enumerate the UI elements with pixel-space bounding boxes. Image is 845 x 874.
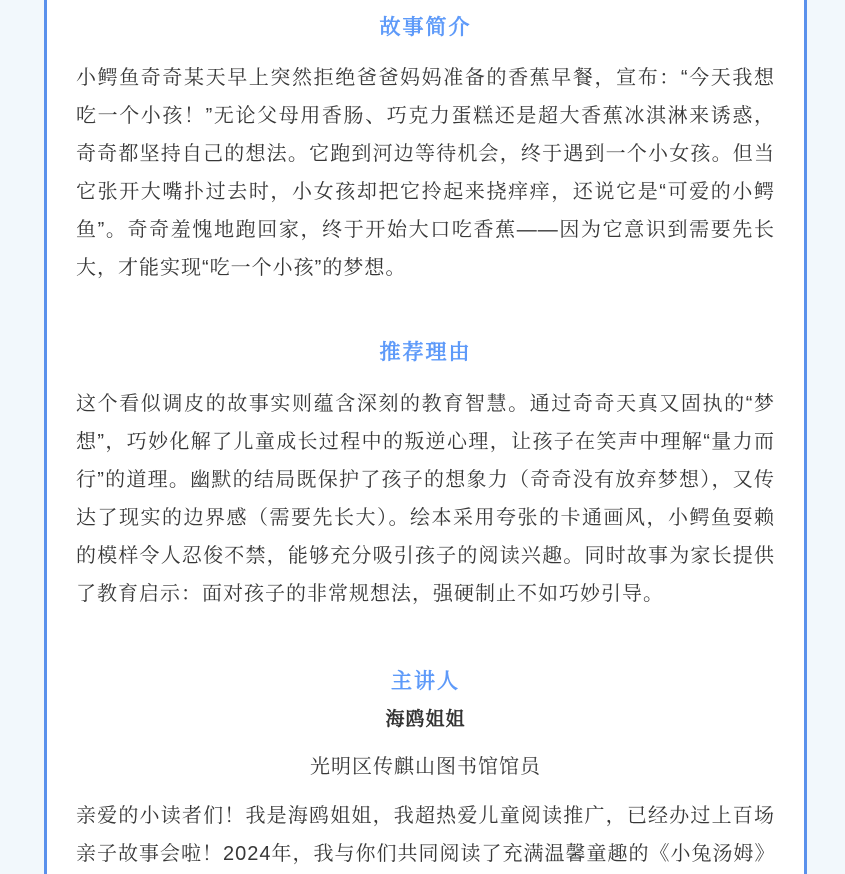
recommendation-paragraph: 这个看似调皮的故事实则蕴含深刻的教育智慧。通过奇奇天真又固执的“梦想”，巧妙化解… [76, 385, 775, 613]
story-intro-paragraph: 小鳄鱼奇奇某天早上突然拒绝爸爸妈妈准备的香蕉早餐，宣布：“今天我想吃一个小孩！”… [76, 59, 775, 287]
speaker-heading: 主讲人 [76, 668, 775, 695]
story-intro-heading: 故事简介 [76, 14, 775, 41]
speaker-title: 光明区传麒山图书馆馆员 [76, 753, 775, 781]
article-card: 故事简介 小鳄鱼奇奇某天早上突然拒绝爸爸妈妈准备的香蕉早餐，宣布：“今天我想吃一… [44, 0, 807, 874]
speaker-name: 海鸥姐姐 [76, 707, 775, 733]
speaker-intro-paragraph: 亲爱的小读者们！我是海鸥姐姐，我超热爱儿童阅读推广，已经办过上百场亲子故事会啦！… [76, 797, 775, 873]
recommendation-heading: 推荐理由 [76, 339, 775, 366]
